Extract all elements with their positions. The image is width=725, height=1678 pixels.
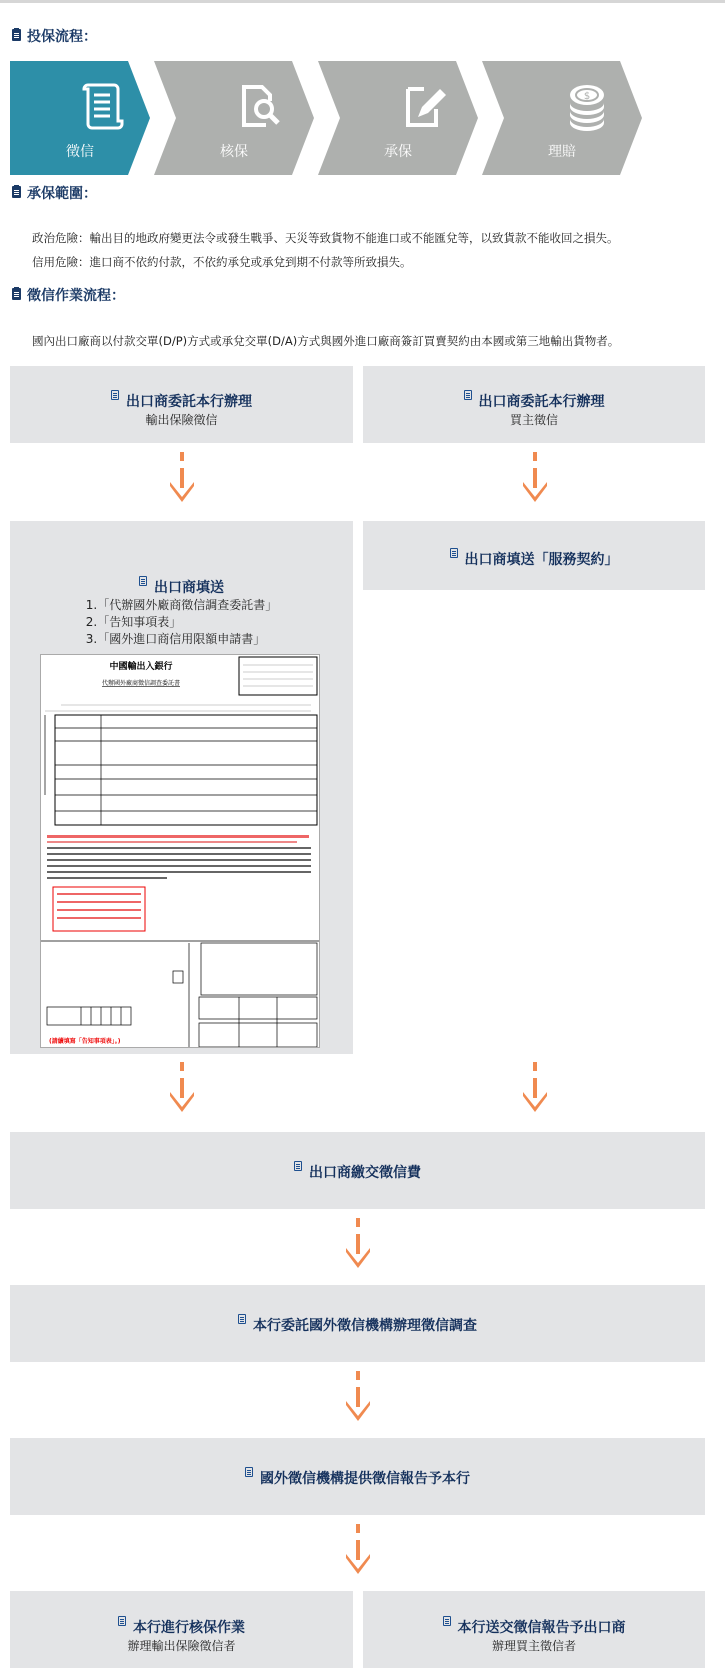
svg-text:代辦國外廠商徵信調查委託書: 代辦國外廠商徵信調查委託書 [102,679,180,687]
list-item: 3.「國外進口商信用限額申請書」 [86,631,277,648]
arrow-down-icon [520,1062,550,1117]
coverage-heading: 承保範圍： [12,183,97,203]
arrow-down-icon [167,1062,197,1117]
step-label: 徵信 [10,141,150,161]
clipboard-icon [12,29,21,41]
document-icon [238,1314,246,1324]
step-underwrite[interactable]: 承保 [318,61,478,175]
svg-text:(請續填寫「告知事項表」。): (請續填寫「告知事項表」。) [49,1037,121,1045]
svg-text:中國輸出入銀行: 中國輸出入銀行 [109,660,172,672]
document-icon [294,1161,302,1171]
coverage-political: 政治危險：輸出目的地政府變更法令或發生戰爭、天災等致貨物不能進口或不能匯兌等，以… [32,230,619,246]
box-title: 出口商繳交徵信費 [309,1165,421,1181]
document-icon [139,576,147,586]
step-label: 核保 [154,141,314,161]
flow-box-deliver-report: 本行送交徵信報告予出口商 辦理買主徵信者 [363,1591,705,1668]
arrow-down-icon [520,452,550,507]
coverage-credit: 信用危險：進口商不依約付款，不依約承兌或承兌到期不付款等所致損失。 [32,254,412,270]
box-title: 出口商委託本行辦理 [479,394,605,410]
coverage-heading-text: 承保範圍： [27,183,97,203]
flow-box-commission-investigation: 本行委託國外徵信機構辦理徵信調查 [10,1285,705,1362]
process-heading-text: 投保流程： [27,26,97,46]
box-title: 出口商填送 [154,580,224,596]
box-subtitle: 輸出保險徵信 [10,411,353,428]
box-title: 本行進行核保作業 [133,1620,245,1636]
box-subtitle: 辦理買主徵信者 [363,1637,705,1654]
box-title: 本行送交徵信報告予出口商 [458,1620,626,1636]
step-underwriting-review[interactable]: 核保 [154,61,314,175]
clipboard-icon [12,186,21,198]
box-title: 國外徵信機構提供徵信報告予本行 [260,1471,470,1487]
submit-document-list: 1.「代辦國外廠商徵信調查委託書」 2.「告知事項表」 3.「國外進口商信用限額… [86,597,277,648]
box-title: 本行委託國外徵信機構辦理徵信調查 [253,1318,477,1334]
arrow-down-icon [343,1371,373,1426]
box-title: 出口商填送「服務契約」 [465,552,619,568]
step-label: 理賠 [482,141,642,161]
process-heading: 投保流程： [12,26,97,46]
flow-box-service-contract: 出口商填送「服務契約」 [363,521,705,590]
document-icon [118,1616,126,1626]
list-item: 1.「代辦國外廠商徵信調查委託書」 [86,597,277,614]
arrow-down-icon [343,1524,373,1579]
step-label: 承保 [318,141,478,161]
svg-text:$: $ [584,91,590,102]
step-credit-check[interactable]: 徵信 [10,61,150,175]
box-title: 出口商委託本行辦理 [126,394,252,410]
step-claims[interactable]: $ 理賠 [482,61,642,175]
form-image: 中國輸出入銀行 代辦國外廠商徵信調查委託書 [40,654,320,1048]
document-icon [464,390,472,400]
document-icon [450,548,458,558]
process-steps: 徵信 核保 承保 $ 理賠 [10,61,710,175]
box-subtitle: 買主徵信 [363,411,705,428]
clipboard-icon [12,288,21,300]
arrow-down-icon [343,1218,373,1273]
credit-flow-heading: 徵信作業流程： [12,285,125,305]
document-icon [111,390,119,400]
flow-box-report-provided: 國外徵信機構提供徵信報告予本行 [10,1438,705,1515]
top-divider [0,0,725,3]
document-icon [245,1467,253,1477]
credit-flow-intro: 國內出口廠商以付款交單(D/P)方式或承兌交單(D/A)方式與國外進口廠商簽訂買… [32,333,619,349]
box-subtitle: 辦理輸出保險徵信者 [10,1637,353,1654]
flow-box-pay-fee: 出口商繳交徵信費 [10,1132,705,1209]
flow-box-buyer-credit: 出口商委託本行辦理 買主徵信 [363,366,705,443]
document-icon [443,1616,451,1626]
arrow-down-icon [167,452,197,507]
flow-box-export-credit: 出口商委託本行辦理 輸出保險徵信 [10,366,353,443]
credit-flow-heading-text: 徵信作業流程： [27,285,125,305]
list-item: 2.「告知事項表」 [86,614,277,631]
flow-box-underwriting: 本行進行核保作業 辦理輸出保險徵信者 [10,1591,353,1668]
